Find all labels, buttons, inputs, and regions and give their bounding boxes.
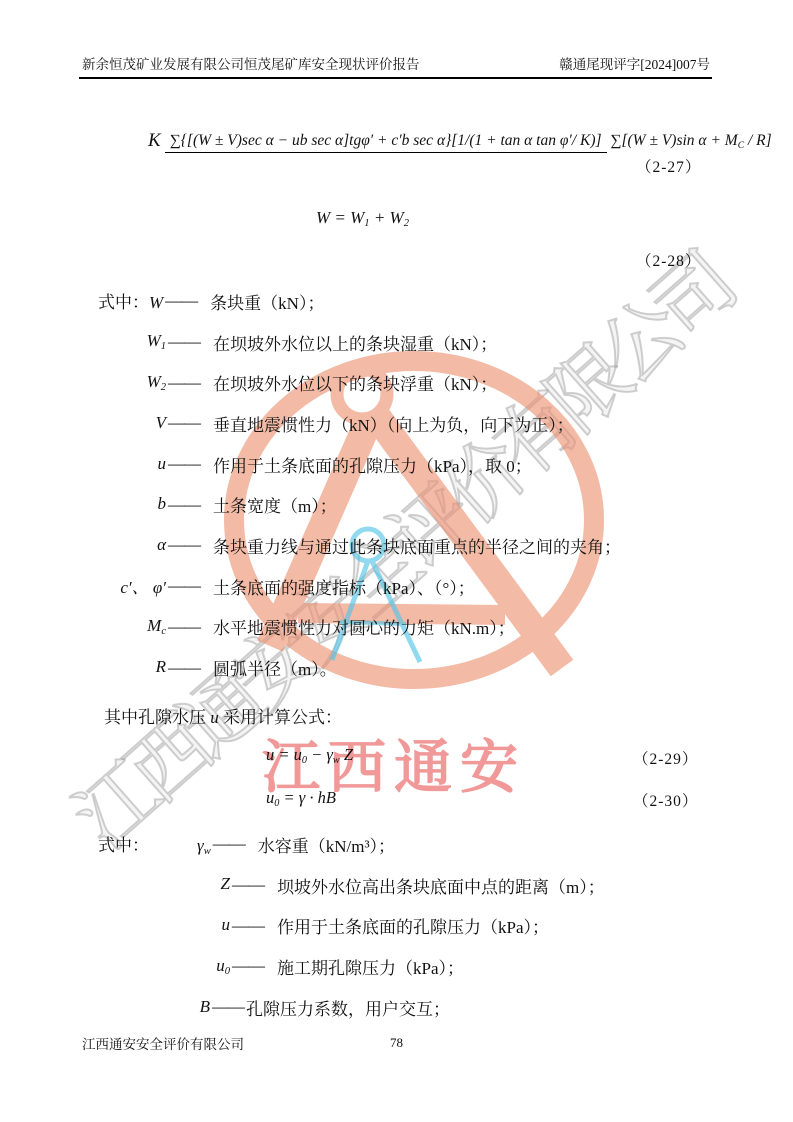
- symbol-text: Z: [221, 874, 230, 893]
- symbol: W1: [98, 331, 166, 352]
- symbol-text: W: [147, 331, 161, 350]
- definition-text: 作用于土条底面的孔隙压力（kPa），取 0；: [213, 452, 532, 477]
- equation-2-27-lhs: K: [148, 130, 161, 152]
- symbol: 式中：γw: [98, 831, 211, 857]
- definition-text: 在坝坡外水位以上的条块湿重（kN）；: [213, 330, 497, 355]
- definition-dash: ——: [232, 956, 264, 976]
- symbol-subscript: 2: [161, 382, 166, 393]
- definition-dash: ——: [168, 617, 200, 637]
- symbol-subscript: w: [204, 846, 211, 857]
- definition-row: b —— 土条宽度（m）；: [98, 484, 738, 525]
- eq-part: = γ · hB: [279, 788, 336, 807]
- equation-label-2-29: （2-29）: [633, 747, 698, 769]
- eq-part: − γ: [307, 745, 333, 764]
- symbol-subscript: c: [161, 626, 166, 637]
- equation-2-27-numerator: ∑{[(W ± V)sec α − ub sec α]tgφ′ + c′b se…: [165, 132, 607, 153]
- header-report-title: 新余恒茂矿业发展有限公司恒茂尾矿库安全现状评价报告: [82, 53, 420, 73]
- definition-dash: ——: [168, 413, 200, 433]
- definition-dash: ——: [168, 495, 200, 515]
- pore-pressure-intro: 其中孔隙水压 u 采用计算公式：: [104, 703, 342, 728]
- symbol-text: W: [149, 293, 163, 312]
- definition-text: 圆弧半径（m）。: [213, 655, 337, 680]
- symbol-text: B: [200, 997, 210, 1016]
- definition-text: 土条底面的强度指标（kPa）、（°）；: [213, 574, 475, 599]
- eq-part: Z: [340, 745, 353, 764]
- symbol-text: γ: [197, 836, 204, 855]
- symbol-text: u: [222, 915, 231, 934]
- definition-row: V —— 垂直地震惯性力（kN）（向上为负，向下为正）；: [98, 403, 738, 444]
- symbol: b: [98, 494, 166, 515]
- definition-row: 式中：γw —— 水容重（kN/m³）；: [98, 824, 738, 865]
- symbol: 式中：W: [98, 288, 163, 314]
- document-page: 江西通安安全评价有限公司 江西通安 新余恒茂矿业发展有限公司恒茂尾矿库安全现状评…: [0, 0, 793, 1122]
- definition-row: c′、 φ′ —— 土条底面的强度指标（kPa）、（°）；: [98, 566, 738, 607]
- symbol: R: [98, 657, 166, 678]
- symbol-text: b: [158, 494, 167, 513]
- eq-part: W = W: [316, 208, 364, 227]
- definition-text: 土条宽度（m）；: [213, 492, 337, 517]
- definition-dash: ——: [168, 576, 200, 596]
- equation-2-27-denominator: ∑[(W ± V)sin α + MC / R]: [610, 129, 771, 149]
- definition-text: 坝坡外水位高出条块底面中点的距离（m）；: [277, 873, 605, 898]
- definition-text: 在坝坡外水位以下的条块浮重（kN）；: [213, 370, 497, 395]
- symbol: B: [98, 997, 210, 1018]
- symbol: u: [98, 915, 230, 936]
- definition-text: 垂直地震惯性力（kN）（向上为负，向下为正）；: [213, 411, 574, 436]
- symbol: Mc: [98, 616, 166, 637]
- definition-dash: ——: [168, 454, 200, 474]
- definition-text: 条块重（kN）；: [210, 289, 324, 314]
- definition-row: R —— 圆弧半径（m）。: [98, 647, 738, 688]
- equation-2-29: u = u0 − γw Z: [266, 745, 353, 766]
- eq-part: + W: [370, 208, 404, 227]
- header-doc-number: 赣通尾现评字[2024]007号: [559, 53, 710, 73]
- symbol: α: [98, 535, 166, 556]
- symbol: W2: [98, 372, 166, 393]
- definition-row: B —— 孔隙压力系数，用户交互；: [98, 987, 738, 1028]
- eq-subscript: w: [333, 755, 340, 766]
- symbol-definitions-block-2: 式中：γw —— 水容重（kN/m³）； Z —— 坝坡外水位高出条块底面中点的…: [98, 824, 738, 1027]
- definition-dash: ——: [168, 332, 200, 352]
- definition-dash: ——: [168, 373, 200, 393]
- den-part: / R]: [744, 132, 772, 149]
- equation-label-2-28: （2-28）: [636, 249, 701, 271]
- symbol-text: W: [147, 372, 161, 391]
- equation-2-30: u0 = γ · hB: [266, 788, 336, 809]
- intro-symbol: u: [210, 708, 219, 727]
- equation-2-27-fraction: ∑{[(W ± V)sec α − ub sec α]tgφ′ + c′b se…: [165, 132, 772, 151]
- definition-row: u —— 作用于土条底面的孔隙压力（kPa）；: [98, 905, 738, 946]
- definition-dash: ——: [165, 291, 197, 311]
- definition-row: u —— 作用于土条底面的孔隙压力（kPa），取 0；: [98, 444, 738, 485]
- equation-2-28: W = W1 + W2: [316, 208, 409, 229]
- symbol-definitions-block-1: 式中：W —— 条块重（kN）； W1 —— 在坝坡外水位以上的条块湿重（kN）…: [98, 281, 738, 688]
- definition-text: 施工期孔隙压力（kPa）；: [277, 954, 464, 979]
- header-rule: [79, 77, 712, 79]
- definition-dash: ——: [213, 834, 245, 854]
- definitions-intro: 式中：: [98, 836, 149, 855]
- symbol-subscript: 0: [225, 966, 230, 977]
- symbol-text: R: [156, 657, 166, 676]
- definition-row: Z —— 坝坡外水位高出条块底面中点的距离（m）；: [98, 865, 738, 906]
- definition-text: 水容重（kN/m³）；: [258, 832, 395, 857]
- definition-row: W1 —— 在坝坡外水位以上的条块湿重（kN）；: [98, 322, 738, 363]
- symbol-text: V: [156, 413, 166, 432]
- definition-dash: ——: [168, 658, 200, 678]
- definitions-intro: 式中：: [98, 293, 149, 312]
- symbol: c′、 φ′: [98, 573, 166, 599]
- definition-row: W2 —— 在坝坡外水位以下的条块浮重（kN）；: [98, 362, 738, 403]
- definition-dash: ——: [232, 875, 264, 895]
- eq-part: u = u: [266, 745, 302, 764]
- equation-label-2-30: （2-30）: [633, 789, 698, 811]
- definition-row: Mc —— 水平地震惯性力对圆心的力矩（kN.m）；: [98, 607, 738, 648]
- definition-dash: ——: [168, 535, 200, 555]
- symbol-subscript: 1: [161, 342, 166, 353]
- symbol-text: M: [147, 616, 161, 635]
- equation-label-2-27: （2-27）: [636, 155, 701, 177]
- equation-2-27: K ∑{[(W ± V)sec α − ub sec α]tgφ′ + c′b …: [148, 130, 772, 152]
- symbol-text: u: [216, 956, 225, 975]
- intro-text: 采用计算公式：: [219, 708, 342, 727]
- definition-text: 孔隙压力系数，用户交互；: [246, 995, 450, 1020]
- symbol-text: α: [157, 535, 166, 554]
- symbol: V: [98, 413, 166, 434]
- symbol: Z: [98, 874, 230, 895]
- den-part: ∑[(W ± V)sin α + M: [610, 132, 737, 149]
- definition-dash: ——: [232, 916, 264, 936]
- eq-part: u: [266, 788, 274, 807]
- definition-text: 作用于土条底面的孔隙压力（kPa）；: [277, 913, 549, 938]
- definition-text: 水平地震惯性力对圆心的力矩（kN.m）；: [213, 614, 515, 639]
- symbol: u0: [98, 956, 230, 977]
- definition-text: 条块重力线与通过此条块底面重点的半径之间的夹角；: [213, 533, 621, 558]
- page-number: 78: [0, 1035, 793, 1051]
- symbol-text: c′、 φ′: [120, 578, 166, 597]
- definition-dash: ——: [212, 997, 244, 1017]
- definition-row: α —— 条块重力线与通过此条块底面重点的半径之间的夹角；: [98, 525, 738, 566]
- definition-row: 式中：W —— 条块重（kN）；: [98, 281, 738, 322]
- symbol-text: u: [158, 454, 167, 473]
- page-content: 新余恒茂矿业发展有限公司恒茂尾矿库安全现状评价报告 赣通尾现评字[2024]00…: [0, 0, 793, 1122]
- definition-row: u0 —— 施工期孔隙压力（kPa）；: [98, 946, 738, 987]
- intro-text: 其中孔隙水压: [104, 708, 210, 727]
- symbol: u: [98, 454, 166, 475]
- eq-subscript: 2: [404, 218, 409, 229]
